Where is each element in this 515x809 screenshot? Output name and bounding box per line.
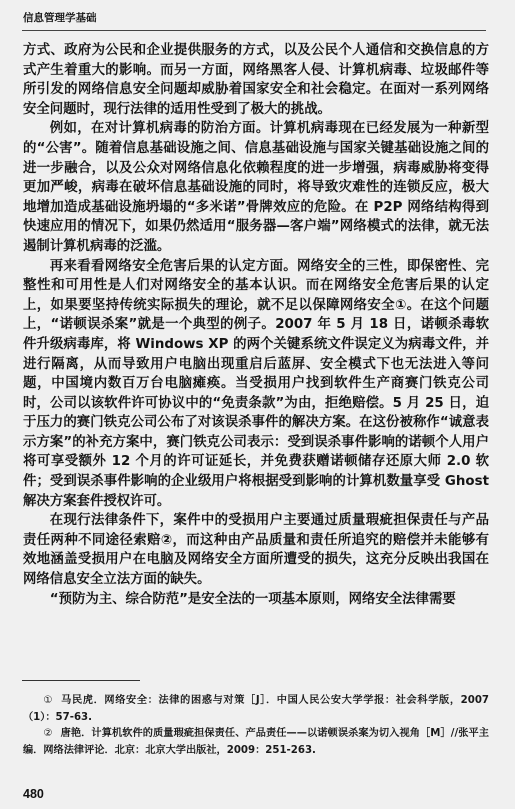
- paragraph: 方式、政府为公民和企业提供服务的方式，以及公民个人通信和交换信息的方式产生着重大…: [23, 41, 489, 119]
- footnotes: ①马民虎．网络安全：法律的困惑与对策［J］．中国人民公安大学学报：社会科学版，2…: [23, 693, 489, 759]
- paragraph: “预防为主、综合防范”是安全法的一项基本原则，网络安全法律需要: [23, 590, 489, 610]
- footnote-1: ①马民虎．网络安全：法律的困惑与对策［J］．中国人民公安大学学报：社会科学版，2…: [23, 693, 489, 726]
- footnote-text: 唐艳．计算机软件的质量瑕疵担保责任、产品责任——以诺顿误杀案为切入视角［M］//…: [23, 728, 489, 756]
- paragraph: 在现行法律条件下，案件中的受损用户主要通过质量瑕疵担保责任与产品责任两种不同途径…: [23, 511, 489, 589]
- footnote-marker: ①: [43, 695, 53, 706]
- footnote-2: ②唐艳．计算机软件的质量瑕疵担保责任、产品责任——以诺顿误杀案为切入视角［M］/…: [23, 726, 489, 759]
- page-number: 480: [23, 787, 44, 801]
- footnote-text: 马民虎．网络安全：法律的困惑与对策［J］．中国人民公安大学学报：社会科学版，20…: [23, 695, 489, 723]
- header-divider: [22, 30, 486, 31]
- body-text: 方式、政府为公民和企业提供服务的方式，以及公民个人通信和交换信息的方式产生着重大…: [23, 41, 489, 609]
- paragraph: 例如，在对计算机病毒的防治方面。计算机病毒现在已经发展为一种新型的“公害”。随着…: [23, 119, 489, 256]
- footnote-marker: ②: [43, 728, 52, 739]
- footnote-divider: [22, 680, 140, 681]
- paragraph: 再来看看网络安全危害后果的认定方面。网络安全的三性，即保密性、完整性和可用性是人…: [23, 257, 489, 512]
- running-head-title: 信息管理学基础: [23, 10, 97, 25]
